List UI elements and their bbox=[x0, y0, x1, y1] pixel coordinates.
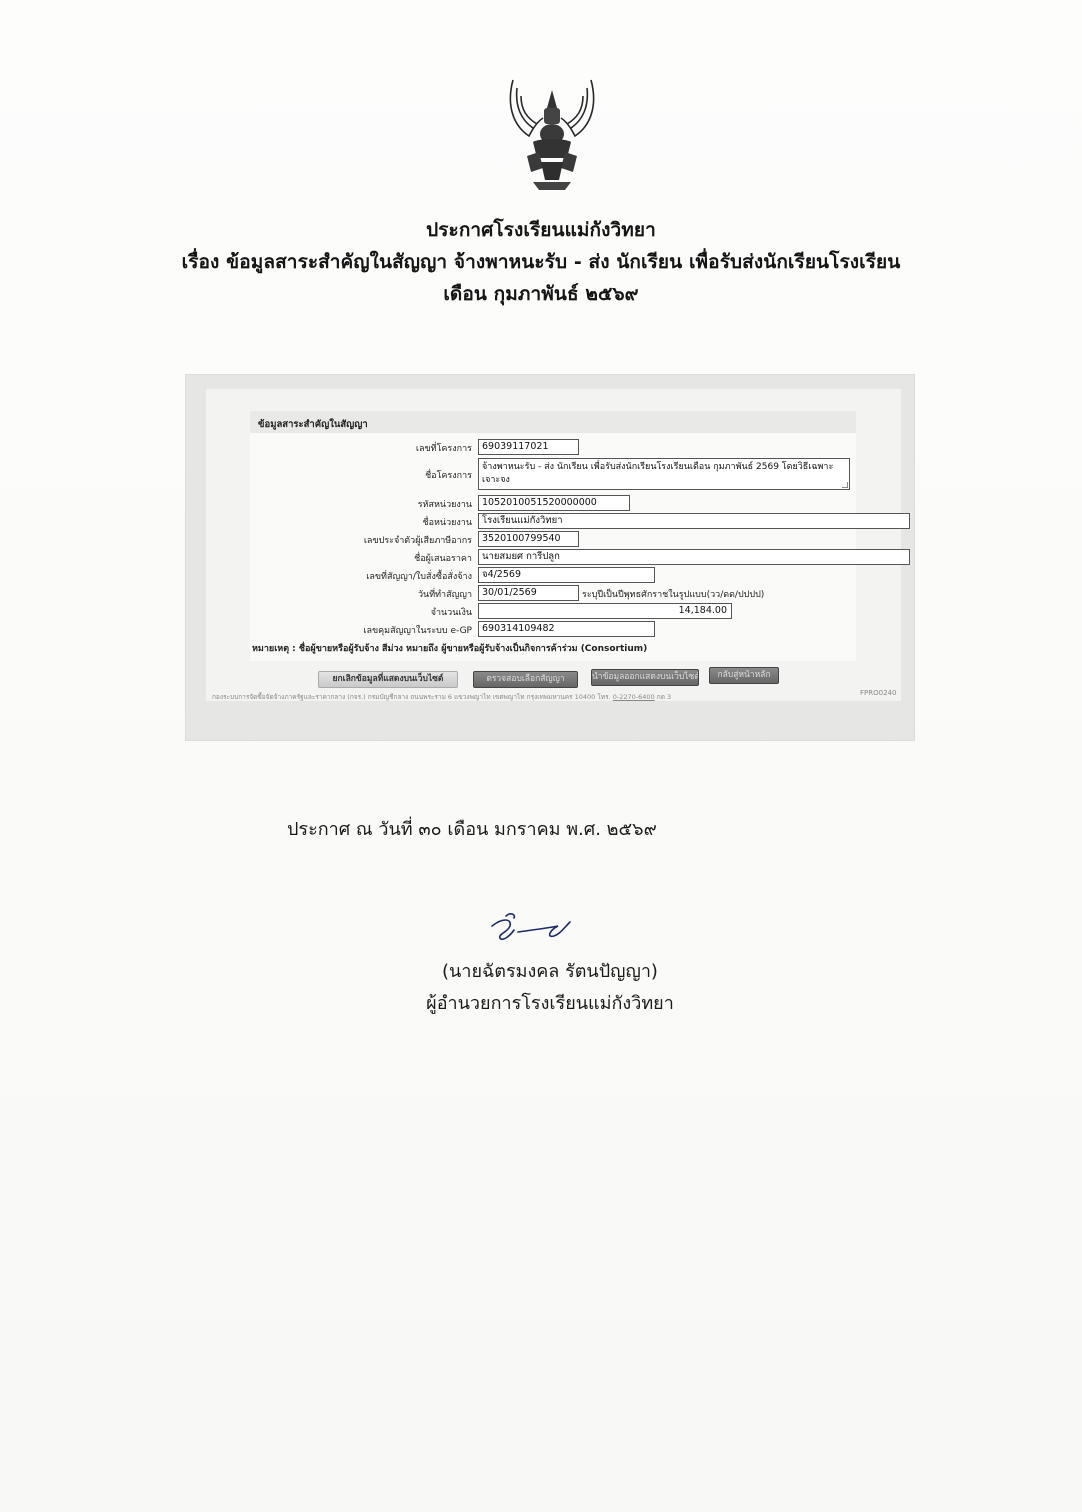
egp-page: ข้อมูลสาระสำคัญในสัญญา เลขที่โครงการ 690… bbox=[206, 389, 901, 701]
document-page: ประกาศโรงเรียนแม่กังวิทยา เรื่อง ข้อมูลส… bbox=[0, 0, 1082, 1512]
title-line-month: เดือน กุมภาพันธ์ ๒๕๖๙ bbox=[0, 278, 1082, 310]
row-bidder-name: ชื่อผู้เสนอราคา นายสมยศ การีปลูก bbox=[250, 549, 950, 565]
row-agency-code: รหัสหน่วยงาน 1052010051520000000 bbox=[250, 495, 950, 511]
panel-header: ข้อมูลสาระสำคัญในสัญญา bbox=[250, 411, 856, 433]
garuda-emblem-icon bbox=[503, 72, 601, 194]
label-egp-control-no: เลขคุมสัญญาในระบบ e-GP bbox=[302, 623, 472, 637]
label-project-name: ชื่อโครงการ bbox=[302, 468, 472, 482]
label-agency-name: ชื่อหน่วยงาน bbox=[302, 515, 472, 529]
footer-ext: กด 3 bbox=[657, 693, 671, 701]
row-egp-control-no: เลขคุมสัญญาในระบบ e-GP 690314109482 bbox=[250, 621, 950, 637]
signatory-name: (นายฉัตรมงคล รัตนปัญญา) bbox=[0, 956, 1082, 985]
project-name-textarea[interactable]: จ้างพาหนะรับ - ส่ง นักเรียน เพื่อรับส่งน… bbox=[478, 458, 850, 490]
row-contract-no: เลขที่สัญญา/ใบสั่งซื้อสั่งจ้าง จ4/2569 bbox=[250, 567, 950, 583]
label-project-no: เลขที่โครงการ bbox=[302, 441, 472, 455]
amount-field[interactable]: 14,184.00 bbox=[478, 603, 732, 619]
panel-title: ข้อมูลสาระสำคัญในสัญญา bbox=[258, 417, 368, 432]
date-format-hint: ระบุปีเป็นปีพุทธศักราชในรูปแบบ(วว/ดด/ปปป… bbox=[582, 587, 764, 601]
project-name-value: จ้างพาหนะรับ - ส่ง นักเรียน เพื่อรับส่งน… bbox=[482, 462, 833, 485]
consortium-note: หมายเหตุ : ชื่อผู้ขายหรือผู้รับจ้าง สีม่… bbox=[252, 641, 647, 655]
contract-info-panel: ข้อมูลสาระสำคัญในสัญญา เลขที่โครงการ 690… bbox=[250, 411, 856, 661]
footer-phone-link[interactable]: 0-2270-6400 bbox=[613, 693, 655, 701]
row-tax-id: เลขประจำตัวผู้เสียภาษีอากร 3520100799540 bbox=[250, 531, 950, 547]
agency-code-field[interactable]: 1052010051520000000 bbox=[478, 495, 630, 511]
project-no-field[interactable]: 69039117021 bbox=[478, 439, 579, 455]
egp-screenshot: ข้อมูลสาระสำคัญในสัญญา เลขที่โครงการ 690… bbox=[185, 374, 915, 741]
signatory-position: ผู้อำนวยการโรงเรียนแม่กังวิทยา bbox=[0, 988, 1082, 1017]
announcement-title: ประกาศโรงเรียนแม่กังวิทยา เรื่อง ข้อมูลส… bbox=[0, 214, 1082, 310]
row-amount: จำนวนเงิน 14,184.00 bbox=[250, 603, 950, 619]
row-contract-date: วันที่ทำสัญญา 30/01/2569 ระบุปีเป็นปีพุท… bbox=[250, 585, 950, 601]
cancel-display-button[interactable]: ยกเลิกข้อมูลที่แสดงบนเว็บไซต์ bbox=[318, 671, 458, 688]
row-project-name: ชื่อโครงการ จ้างพาหนะรับ - ส่ง นักเรียน … bbox=[250, 458, 950, 490]
publish-button[interactable]: นำข้อมูลออกแสดงบนเว็บไซต์ bbox=[591, 669, 699, 686]
bidder-name-field[interactable]: นายสมยศ การีปลูก bbox=[478, 549, 910, 565]
signature-icon bbox=[488, 908, 578, 948]
resize-handle-icon[interactable] bbox=[842, 482, 848, 488]
agency-name-field[interactable]: โรงเรียนแม่กังวิทยา bbox=[478, 513, 910, 529]
title-line-subject: เรื่อง ข้อมูลสาระสำคัญในสัญญา จ้างพาหนะร… bbox=[0, 246, 1082, 278]
contract-no-field[interactable]: จ4/2569 bbox=[478, 567, 655, 583]
egp-footer: กองระบบการจัดซื้อจัดจ้างภาครัฐและราคากลา… bbox=[212, 692, 671, 702]
label-contract-date: วันที่ทำสัญญา bbox=[302, 587, 472, 601]
back-home-button[interactable]: กลับสู่หน้าหลัก bbox=[709, 667, 779, 684]
announcement-date: ประกาศ ณ วันที่ ๓๐ เดือน มกราคม พ.ศ. ๒๕๖… bbox=[287, 814, 657, 843]
label-contract-no: เลขที่สัญญา/ใบสั่งซื้อสั่งจ้าง bbox=[302, 569, 472, 583]
egp-control-no-field[interactable]: 690314109482 bbox=[478, 621, 655, 637]
contract-date-field[interactable]: 30/01/2569 bbox=[478, 585, 579, 601]
page-code: FPRO0240 bbox=[860, 689, 896, 697]
label-amount: จำนวนเงิน bbox=[302, 605, 472, 619]
label-tax-id: เลขประจำตัวผู้เสียภาษีอากร bbox=[302, 533, 472, 547]
label-bidder-name: ชื่อผู้เสนอราคา bbox=[302, 551, 472, 565]
row-project-no: เลขที่โครงการ 69039117021 bbox=[250, 439, 950, 455]
tax-id-field[interactable]: 3520100799540 bbox=[478, 531, 579, 547]
label-agency-code: รหัสหน่วยงาน bbox=[302, 497, 472, 511]
footer-address: กองระบบการจัดซื้อจัดจ้างภาครัฐและราคากลา… bbox=[212, 693, 611, 701]
row-agency-name: ชื่อหน่วยงาน โรงเรียนแม่กังวิทยา bbox=[250, 513, 950, 529]
check-contract-button[interactable]: ตรวจสอบเลือกสัญญา bbox=[473, 671, 578, 688]
title-line-school: ประกาศโรงเรียนแม่กังวิทยา bbox=[0, 214, 1082, 246]
